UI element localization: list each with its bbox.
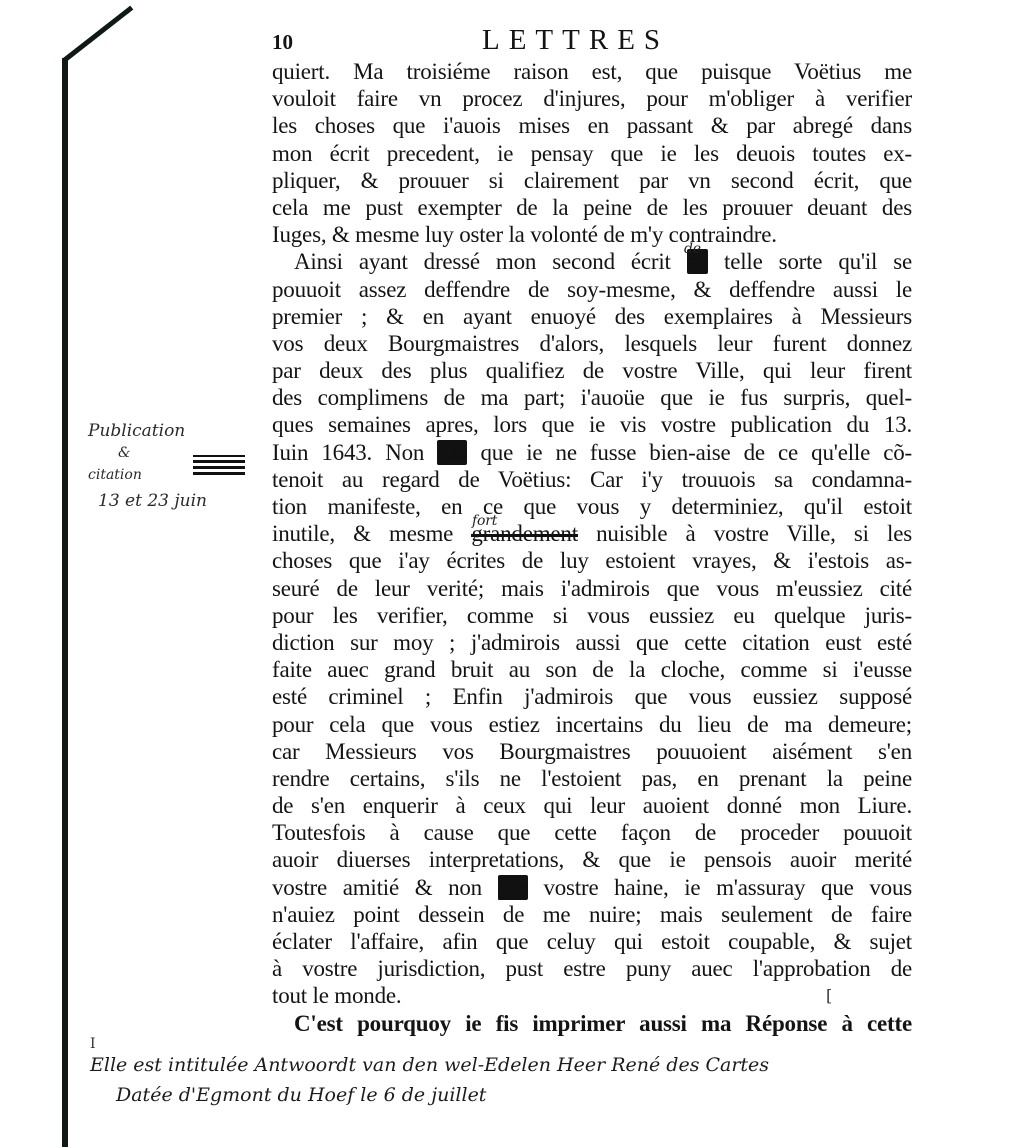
text-line-corrected: Iuin 1643. Non pas que ie ne fusse bien-…: [272, 439, 912, 466]
text-segment: Ainsi ayant dressé mon second écrit: [294, 249, 687, 274]
text-line: esté criminel ; Enfin j'admirois que vou…: [272, 683, 912, 710]
text-line-corrected: inutile, & mesme grandement nuisible à v…: [272, 520, 912, 547]
margin-scribble: [193, 455, 245, 475]
text-line: choses que i'ay écrites de luy estoient …: [272, 547, 912, 574]
interlinear-correction: de: [684, 236, 701, 263]
text-line: vos deux Bourgmaistres d'alors, lesquels…: [272, 330, 912, 357]
text-line-corrected: Ainsi ayant dressé mon second écrit en t…: [272, 248, 912, 275]
text-line: pliquer, & prouuer si clairement par vn …: [272, 167, 912, 194]
text-line: quiert. Ma troisiéme raison est, que pui…: [272, 58, 912, 85]
text-segment: vostre haine, ie m'assuray que vous: [528, 875, 912, 900]
text-line: mon écrit precedent, ie pensay que ie le…: [272, 140, 912, 167]
printed-page: 10 LETTRES quiert. Ma troisiéme raison e…: [272, 24, 912, 1037]
text-line: tenoit au regard de Voëtius: Car i'y tro…: [272, 466, 912, 493]
text-line: diction sur moy ; j'admirois aussi que c…: [272, 629, 912, 656]
text-segment: nuisible à vostre Ville, si les: [578, 521, 912, 546]
text-line: seuré de leur verité; mais i'admirois qu…: [272, 575, 912, 602]
text-line: les choses que i'auois mises en passant …: [272, 112, 912, 139]
text-line: ques semaines apres, lors que ie vis vos…: [272, 411, 912, 438]
text-line: auoir diuerses interpretations, & que ie…: [272, 846, 912, 873]
text-segment: Iuin 1643. Non: [272, 440, 437, 465]
text-segment: que ie ne fusse bien-aise de ce qu'elle …: [467, 440, 912, 465]
text-line: tout le monde.: [272, 982, 912, 1009]
text-line: car Messieurs vos Bourgmaistres pouuoien…: [272, 738, 912, 765]
text-line: éclater l'affaire, afin que celuy qui es…: [272, 928, 912, 955]
text-line: des complimens de ma part; i'auoüe que i…: [272, 384, 912, 411]
text-line: pouuoit assez deffendre de soy-mesme, & …: [272, 276, 912, 303]
bracket-mark: [: [826, 986, 832, 1005]
text-line: n'auiez point dessein de me nuire; mais …: [272, 901, 912, 928]
struck-word: pas: [498, 875, 528, 900]
footnote-line: Datée d'Egmont du Hoef le 6 de juillet: [90, 1080, 990, 1110]
text-line: faite auec grand bruit au son de la cloc…: [272, 656, 912, 683]
text-segment: vostre amitié & non: [272, 875, 498, 900]
interlinear-correction: fort: [472, 508, 497, 535]
text-segment: inutile, & mesme: [272, 521, 471, 546]
text-line: Toutesfois à cause que cette façon de pr…: [272, 819, 912, 846]
page-number: 10: [272, 30, 293, 55]
text-segment: telle sorte qu'il se: [708, 249, 912, 274]
text-line: cela me pust exempter de la peine de les…: [272, 194, 912, 221]
text-line: pour les verifier, comme si vous eussiez…: [272, 602, 912, 629]
running-head: 10 LETTRES: [272, 24, 912, 58]
margin-note-line: 13 et 23 juin: [88, 488, 258, 514]
text-line: premier ; & en ayant enuoyé des exemplai…: [272, 303, 912, 330]
page-edge-top: [62, 6, 133, 63]
text-line: tion manifeste, en ce que vous y determi…: [272, 493, 912, 520]
text-line-corrected: vostre amitié & non pas vostre haine, ie…: [272, 874, 912, 901]
text-line: de s'en enquerir à ceux qui leur auoient…: [272, 792, 912, 819]
running-title: LETTRES: [482, 24, 669, 57]
margin-note-line: Publication: [88, 418, 258, 444]
text-line: C'est pourquoy ie fis imprimer aussi ma …: [272, 1010, 912, 1037]
text-line: vouloit faire vn procez d'injures, pour …: [272, 85, 912, 112]
body-text: quiert. Ma troisiéme raison est, que pui…: [272, 58, 912, 1037]
text-line: à vostre jurisdiction, pust estre puny a…: [272, 955, 912, 982]
text-line: par deux des plus qualifiez de vostre Vi…: [272, 357, 912, 384]
text-line: rendre certains, s'ils ne l'estoient pas…: [272, 765, 912, 792]
footnote-line: Elle est intitulée Antwoordt van den wel…: [90, 1050, 990, 1080]
text-line: pour cela que vous estiez incertains du …: [272, 711, 912, 738]
handwritten-footnote: Elle est intitulée Antwoordt van den wel…: [90, 1050, 990, 1110]
page-edge-left: [62, 58, 68, 1147]
struck-word: pas: [437, 440, 467, 465]
text-line: Iuges, & mesme luy oster la volonté de m…: [272, 221, 912, 248]
